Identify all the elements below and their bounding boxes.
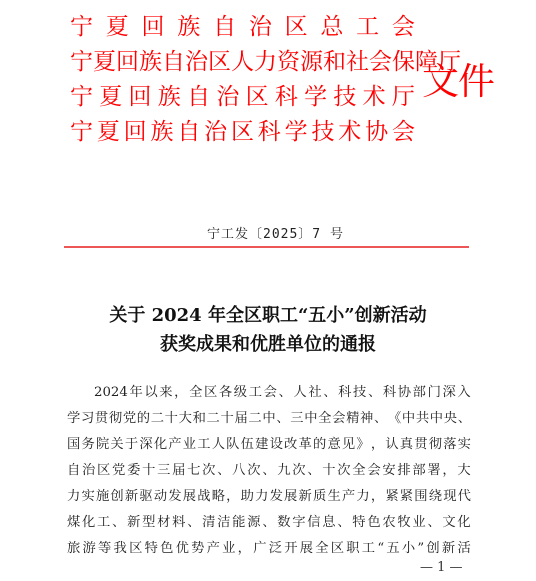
issuer-line-2: 宁夏回族自治区人力资源和社会保障厅 — [70, 45, 415, 80]
body-line: 2024年以来，全区各级工会、人社、科技、科协部门深入 — [67, 380, 471, 406]
issuer-line-4: 宁夏回族自治区科学技术协会 — [70, 115, 415, 150]
body-paragraph: 2024年以来，全区各级工会、人社、科技、科协部门深入 学习贯彻党的二十大和二十… — [67, 380, 471, 562]
issuer-header: 宁夏回族自治区总工会 宁夏回族自治区人力资源和社会保障厅 宁夏回族自治区科学技术… — [70, 10, 430, 150]
document-title-line-1: 关于 2024 年全区职工“五小”创新活动 — [0, 302, 536, 330]
page-number: — 1 — — [420, 560, 463, 575]
body-line: 力实施创新驱动发展战略，助力发展新质生产力，紧紧围绕现代 — [67, 484, 471, 510]
body-line: 学习贯彻党的二十大和二十届二中、三中全会精神、《中共中央、 — [67, 406, 471, 432]
document-title-line-2: 获奖成果和优胜单位的通报 — [0, 331, 536, 359]
issuer-line-1: 宁夏回族自治区总工会 — [70, 10, 415, 45]
body-line: 国务院关于深化产业工人队伍建设改革的意见》，认真贯彻落实 — [67, 432, 471, 458]
body-line: 煤化工、新型材料、清洁能源、数字信息、特色农牧业、文化 — [67, 510, 471, 536]
red-divider — [64, 246, 469, 248]
document-number: 宁工发〔2025〕7 号 — [207, 223, 344, 242]
body-line: 自治区党委十三届七次、八次、九次、十次全会安排部署，大 — [67, 458, 471, 484]
document-type-label: 文件 — [422, 62, 494, 102]
body-line: 旅游等我区特色优势产业，广泛开展全区职工“五小”创新活 — [67, 536, 471, 562]
issuer-line-3: 宁夏回族自治区科学技术厅 — [70, 80, 415, 115]
